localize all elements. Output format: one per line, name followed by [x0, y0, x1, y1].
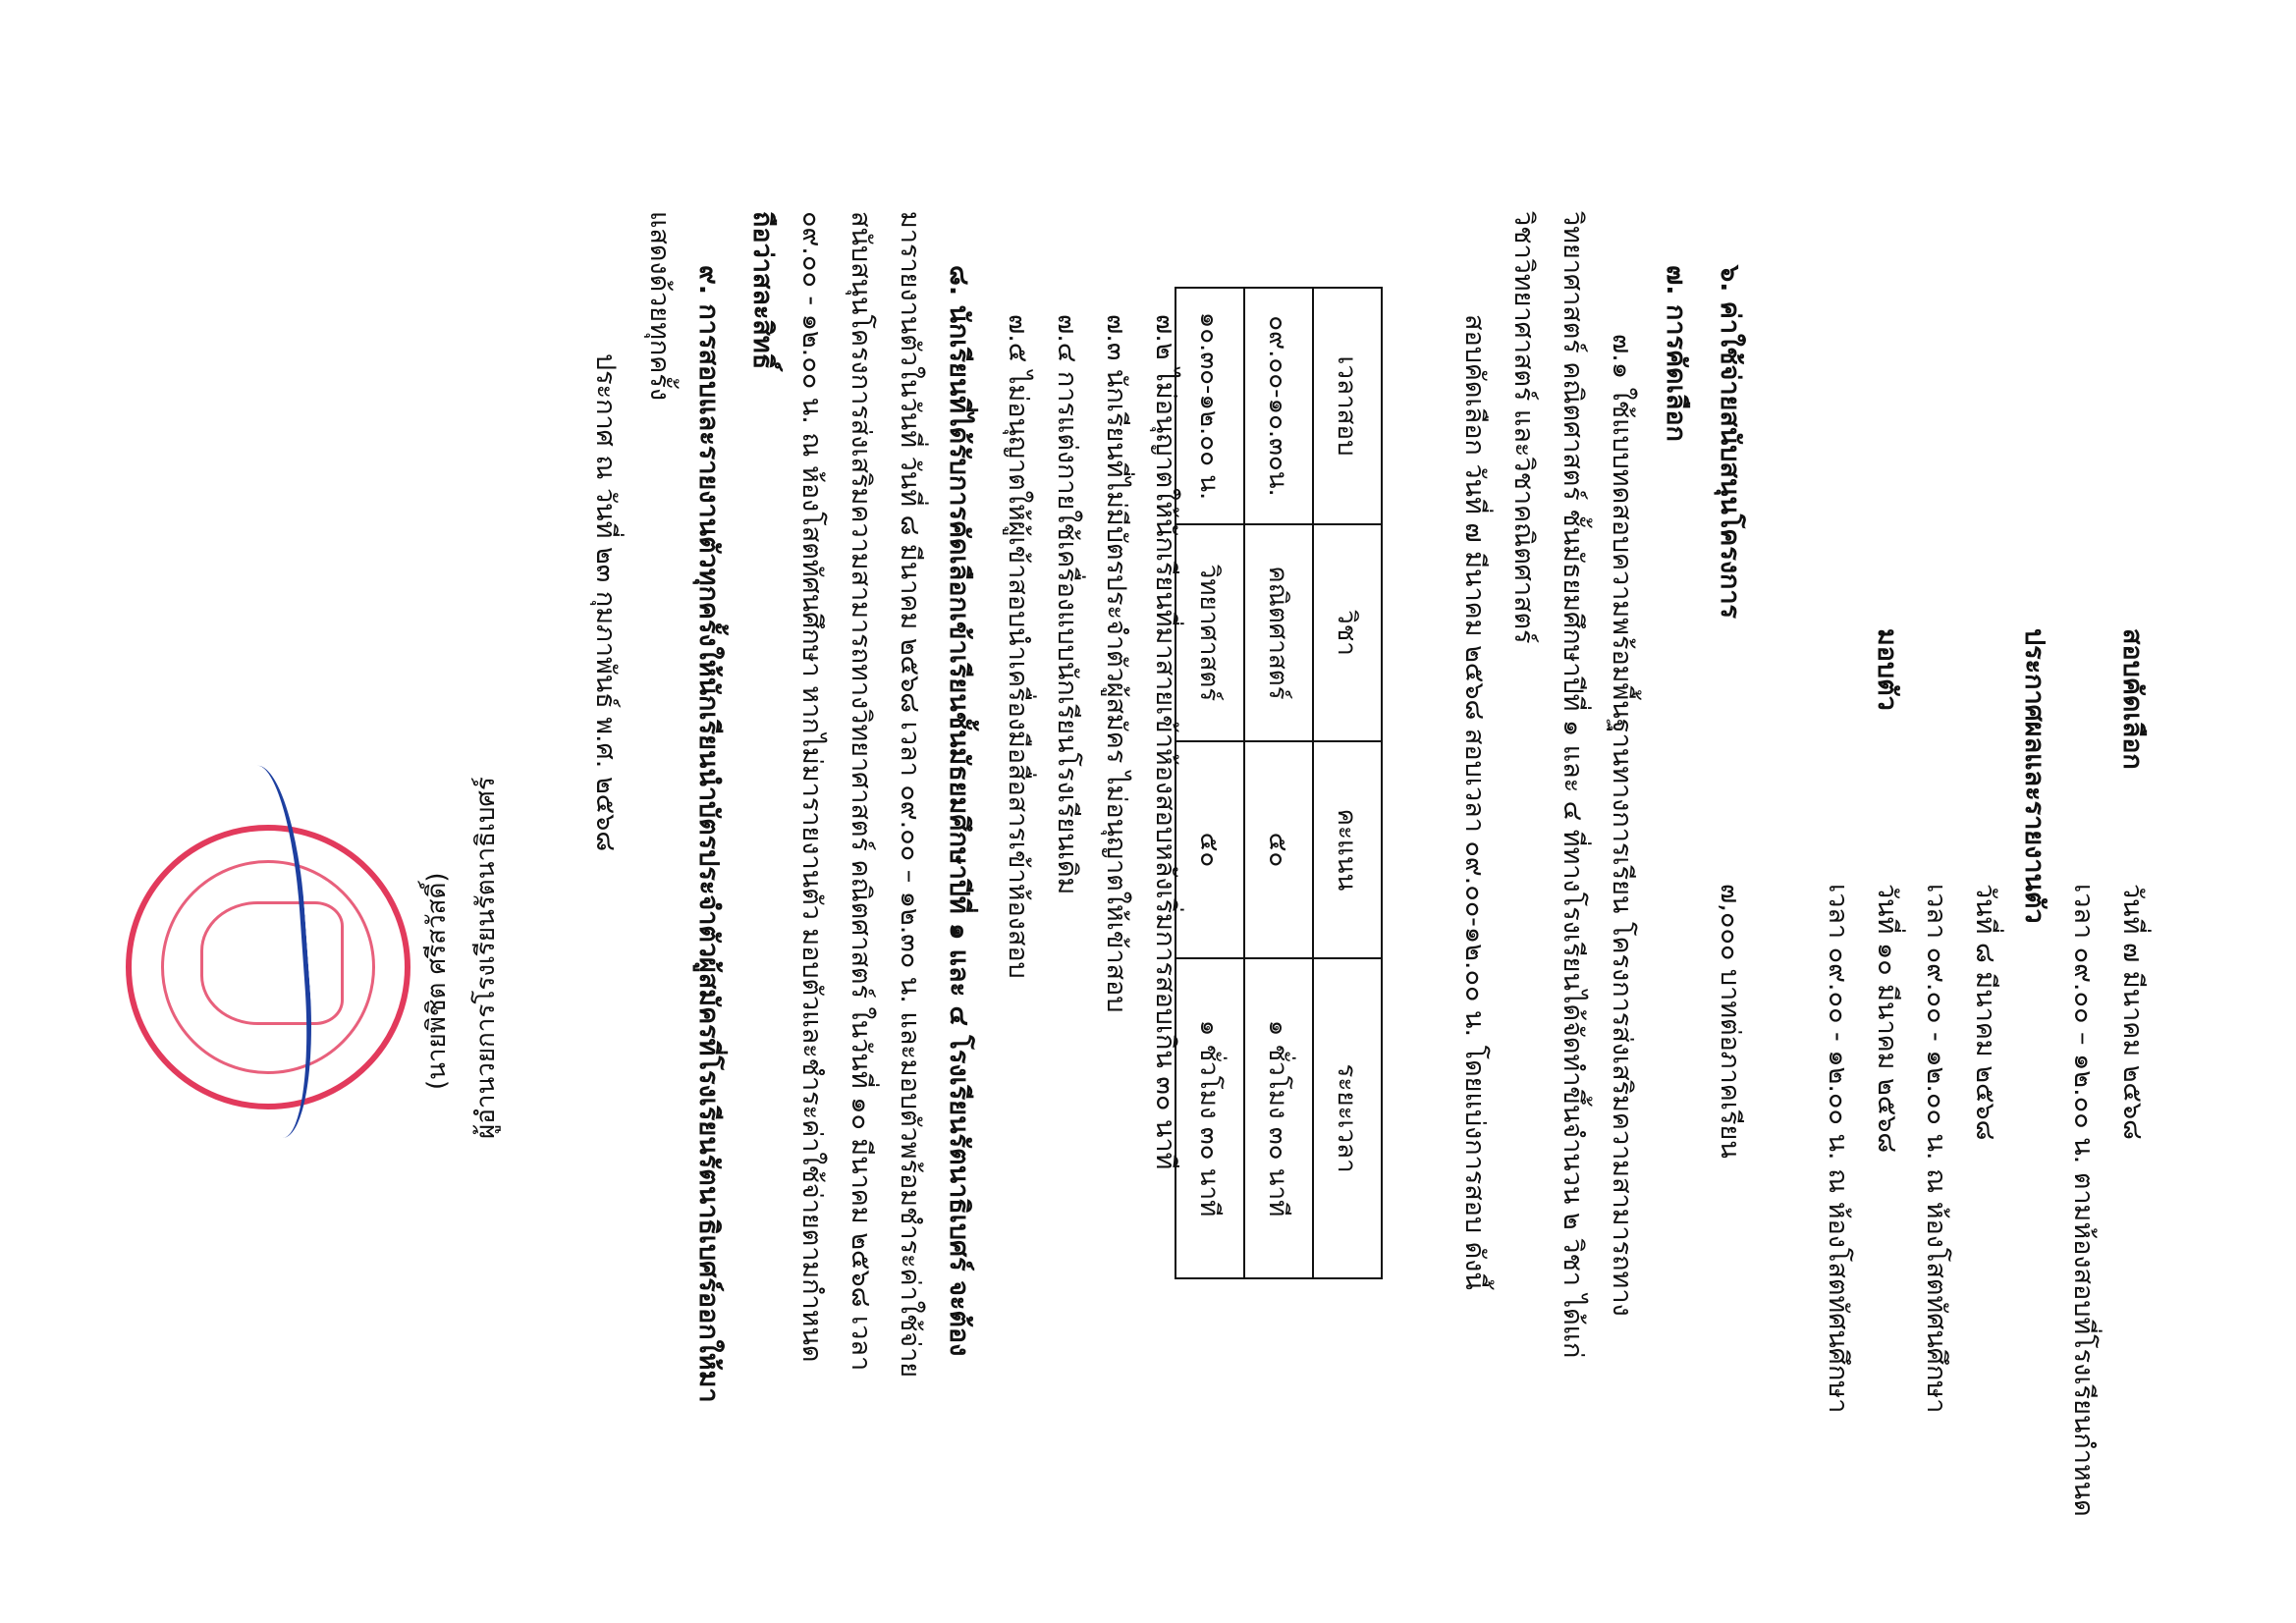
section7-p2: ๗.๒ ไม่อนุญาตให้นักเรียนที่มาสายเข้าห้อง…	[1148, 314, 1181, 1169]
header-score: คะแนน	[1313, 741, 1382, 958]
section6-value: ๗,๐๐๐ บาทต่อภาคเรียน	[1713, 884, 1746, 1159]
header-subject: วิชา	[1313, 524, 1382, 741]
cell-score: ๕๐	[1175, 741, 1244, 958]
section8-line5: ถือว่าสละสิทธิ์	[745, 211, 779, 369]
results-date: วันที่ ๘ มีนาคม ๒๕๖๘	[1968, 884, 2001, 1140]
section8-line1: ๘. นักเรียนที่ได้รับการคัดเลือกเข้าเรียน…	[942, 265, 975, 1356]
cell-time: ๑๐.๓๐-๑๒.๐๐ น.	[1175, 288, 1244, 524]
exam-time: เวลา ๐๙.๐๐ – ๑๒.๐๐ น. ตามห้องสอบที่โรงเร…	[2066, 884, 2100, 1517]
section8-line4: ๐๙.๐๐ - ๑๒.๐๐ น. ณ ห้องโสตทัศนศึกษา หากไ…	[794, 211, 828, 1362]
signatory-name: (นายพิชิต ศรีสวัสดิ์)	[420, 872, 454, 1090]
exam-schedule-table: เวลาสอบ วิชา คะแนน ระยะเวลา ๐๙.๐๐-๑๐.๓๐น…	[1175, 287, 1383, 1279]
cell-duration: ๑ ชั่วโมง ๓๐ นาที	[1244, 958, 1313, 1278]
table-row: ๐๙.๐๐-๑๐.๓๐น. คณิตศาสตร์ ๕๐ ๑ ชั่วโมง ๓๐…	[1244, 288, 1313, 1278]
cell-score: ๕๐	[1244, 741, 1313, 958]
section7-title: ๗. การคัดเลือก	[1659, 265, 1692, 442]
cell-subject: วิทยาศาสตร์	[1175, 524, 1244, 741]
signature-block: (นายพิชิต ศรีสวัสดิ์) ผู้อำนวยการโรงเรีย…	[106, 687, 538, 1237]
enroll-date: วันที่ ๑๐ มีนาคม ๒๕๖๘	[1870, 884, 1903, 1153]
section6-title: ๖. ค่าใช้จ่ายสนับสนุนโครงการ	[1713, 265, 1746, 619]
exam-date: วันที่ ๗ มีนาคม ๒๕๖๘	[2115, 884, 2149, 1140]
section7-p4: ๗.๔ การแต่งกายใช้เครื่องแบบนักเรียนโรงเร…	[1050, 314, 1083, 894]
exam-label: สอบคัดเลือก	[2115, 628, 2149, 770]
table-row: ๑๐.๓๐-๑๒.๐๐ น. วิทยาศาสตร์ ๕๐ ๑ ชั่วโมง …	[1175, 288, 1244, 1278]
document-page: สอบคัดเลือก วันที่ ๗ มีนาคม ๒๕๖๘ เวลา ๐๙…	[0, 0, 2296, 1623]
section7-p1-line1: ๗.๑ ใช้แบบทดสอบความพร้อมพื้นฐานทางการเรี…	[1605, 334, 1638, 1317]
enroll-time: เวลา ๐๙.๐๐ - ๑๒.๐๐ น. ณ ห้องโสตทัศนศึกษา	[1821, 884, 1854, 1413]
section8-line3: สนับสนุนโครงการส่งเสริมความสามารถทางวิทย…	[844, 211, 877, 1371]
section7-p5: ๗.๕ ไม่อนุญาตให้ผู้เข้าสอบนำเครื่องมือสื…	[1001, 314, 1034, 979]
cell-time: ๐๙.๐๐-๑๐.๓๐น.	[1244, 288, 1313, 524]
header-duration: ระยะเวลา	[1313, 958, 1382, 1278]
section7-p1-line4: สอบคัดเลือก วันที่ ๗ มีนาคม ๒๕๖๘ สอบเวลา…	[1457, 314, 1491, 1290]
enroll-label: มอบตัว	[1870, 628, 1903, 711]
section7-p1-line3: วิชาวิทยาศาสตร์ และวิชาคณิตศาสตร์	[1506, 211, 1540, 644]
section7-p1-line2: วิทยาศาสตร์ คณิตศาสตร์ ชั้นมัธยมศึกษาปีท…	[1556, 211, 1589, 1358]
header-exam-time: เวลาสอบ	[1313, 288, 1382, 524]
section9-line2: แสดงด้วยทุกครั้ง	[642, 211, 676, 401]
table-header-row: เวลาสอบ วิชา คะแนน ระยะเวลา	[1313, 288, 1382, 1278]
results-label: ประกาศผลและรายงานตัว	[2017, 628, 2050, 924]
section9-line1: ๙. การสอบและรายงานตัวทุกครั้งให้นักเรียน…	[691, 265, 725, 1403]
cell-subject: คณิตศาสตร์	[1244, 524, 1313, 741]
cell-duration: ๑ ชั่วโมง ๓๐ นาที	[1175, 958, 1244, 1278]
section7-p3: ๗.๓ นักเรียนที่ไม่มีบัตรประจำตัวผู้สมัคร…	[1099, 314, 1132, 1012]
announce-date: ประกาศ ณ วันที่ ๒๓ กุมภาพันธ์ พ.ศ. ๒๕๖๘	[588, 353, 622, 851]
signatory-position: ผู้อำนวยการโรงเรียนรัตนาธิเบศร์	[469, 777, 503, 1139]
results-time: เวลา ๐๙.๐๐ - ๑๒.๐๐ น. ณ ห้องโสตทัศนศึกษา	[1919, 884, 1952, 1413]
section8-line2: มารายงานตัวในวันที่ วันที่ ๘ มีนาคม ๒๕๖๘…	[893, 211, 926, 1378]
